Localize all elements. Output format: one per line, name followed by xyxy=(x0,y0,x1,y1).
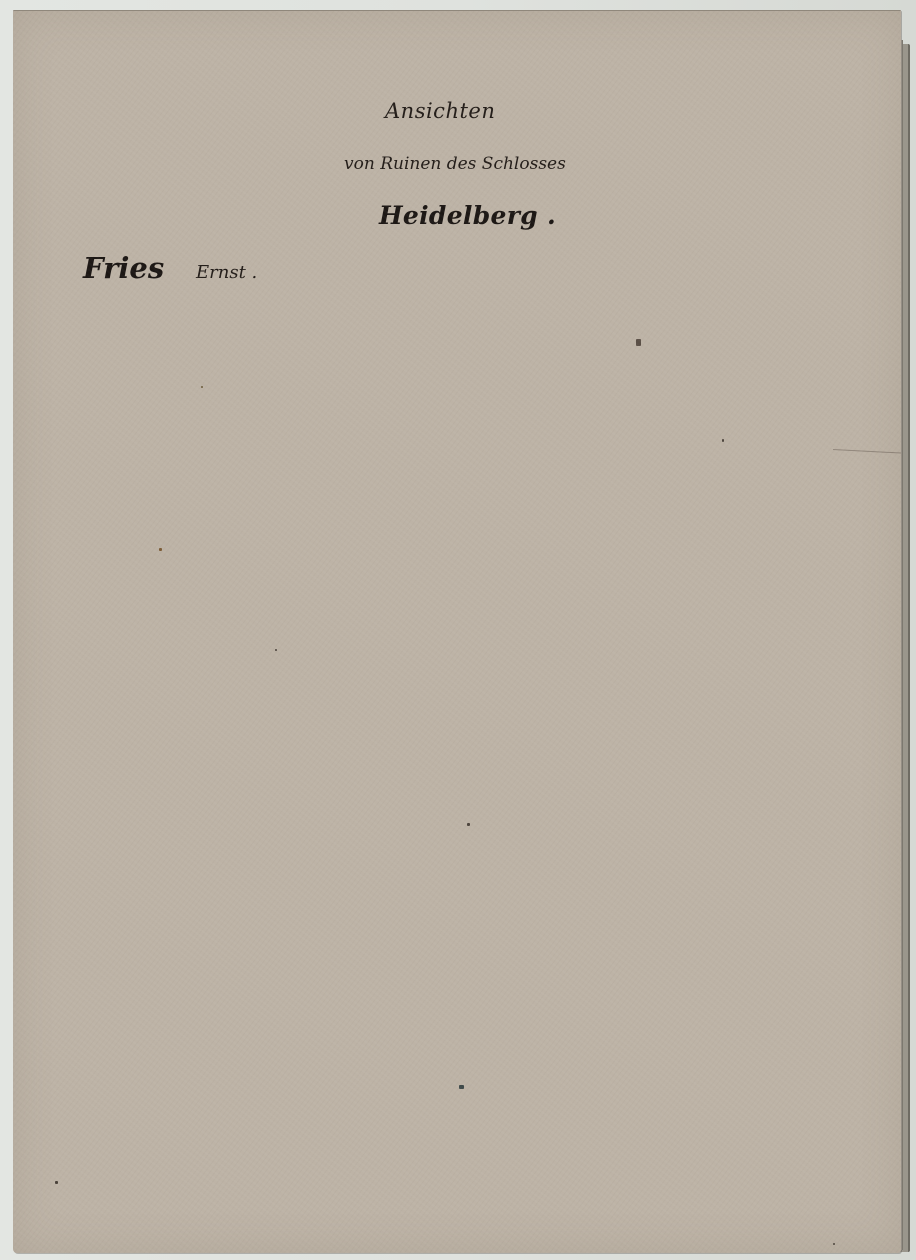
paper-speck xyxy=(833,1243,835,1245)
paper-speck xyxy=(201,386,203,388)
paper-crease xyxy=(833,449,901,454)
paper-speck xyxy=(275,649,277,651)
paper-speck xyxy=(722,439,724,442)
title-line-heidelberg: Heidelberg . xyxy=(379,201,556,230)
paper-speck xyxy=(467,823,470,826)
paper-speck xyxy=(159,548,162,551)
title-line-subtitle: von Ruinen des Schlosses xyxy=(344,154,566,174)
author-surname: Fries xyxy=(83,251,164,285)
paper-speck xyxy=(636,339,641,346)
paper-speck xyxy=(55,1181,58,1184)
paper-speck xyxy=(459,1085,464,1089)
author-given-name: Ernst . xyxy=(196,262,257,283)
title-line-ansichten: Ansichten xyxy=(385,99,495,123)
folder-cover: Ansichten von Ruinen des Schlosses Heide… xyxy=(13,10,901,1253)
